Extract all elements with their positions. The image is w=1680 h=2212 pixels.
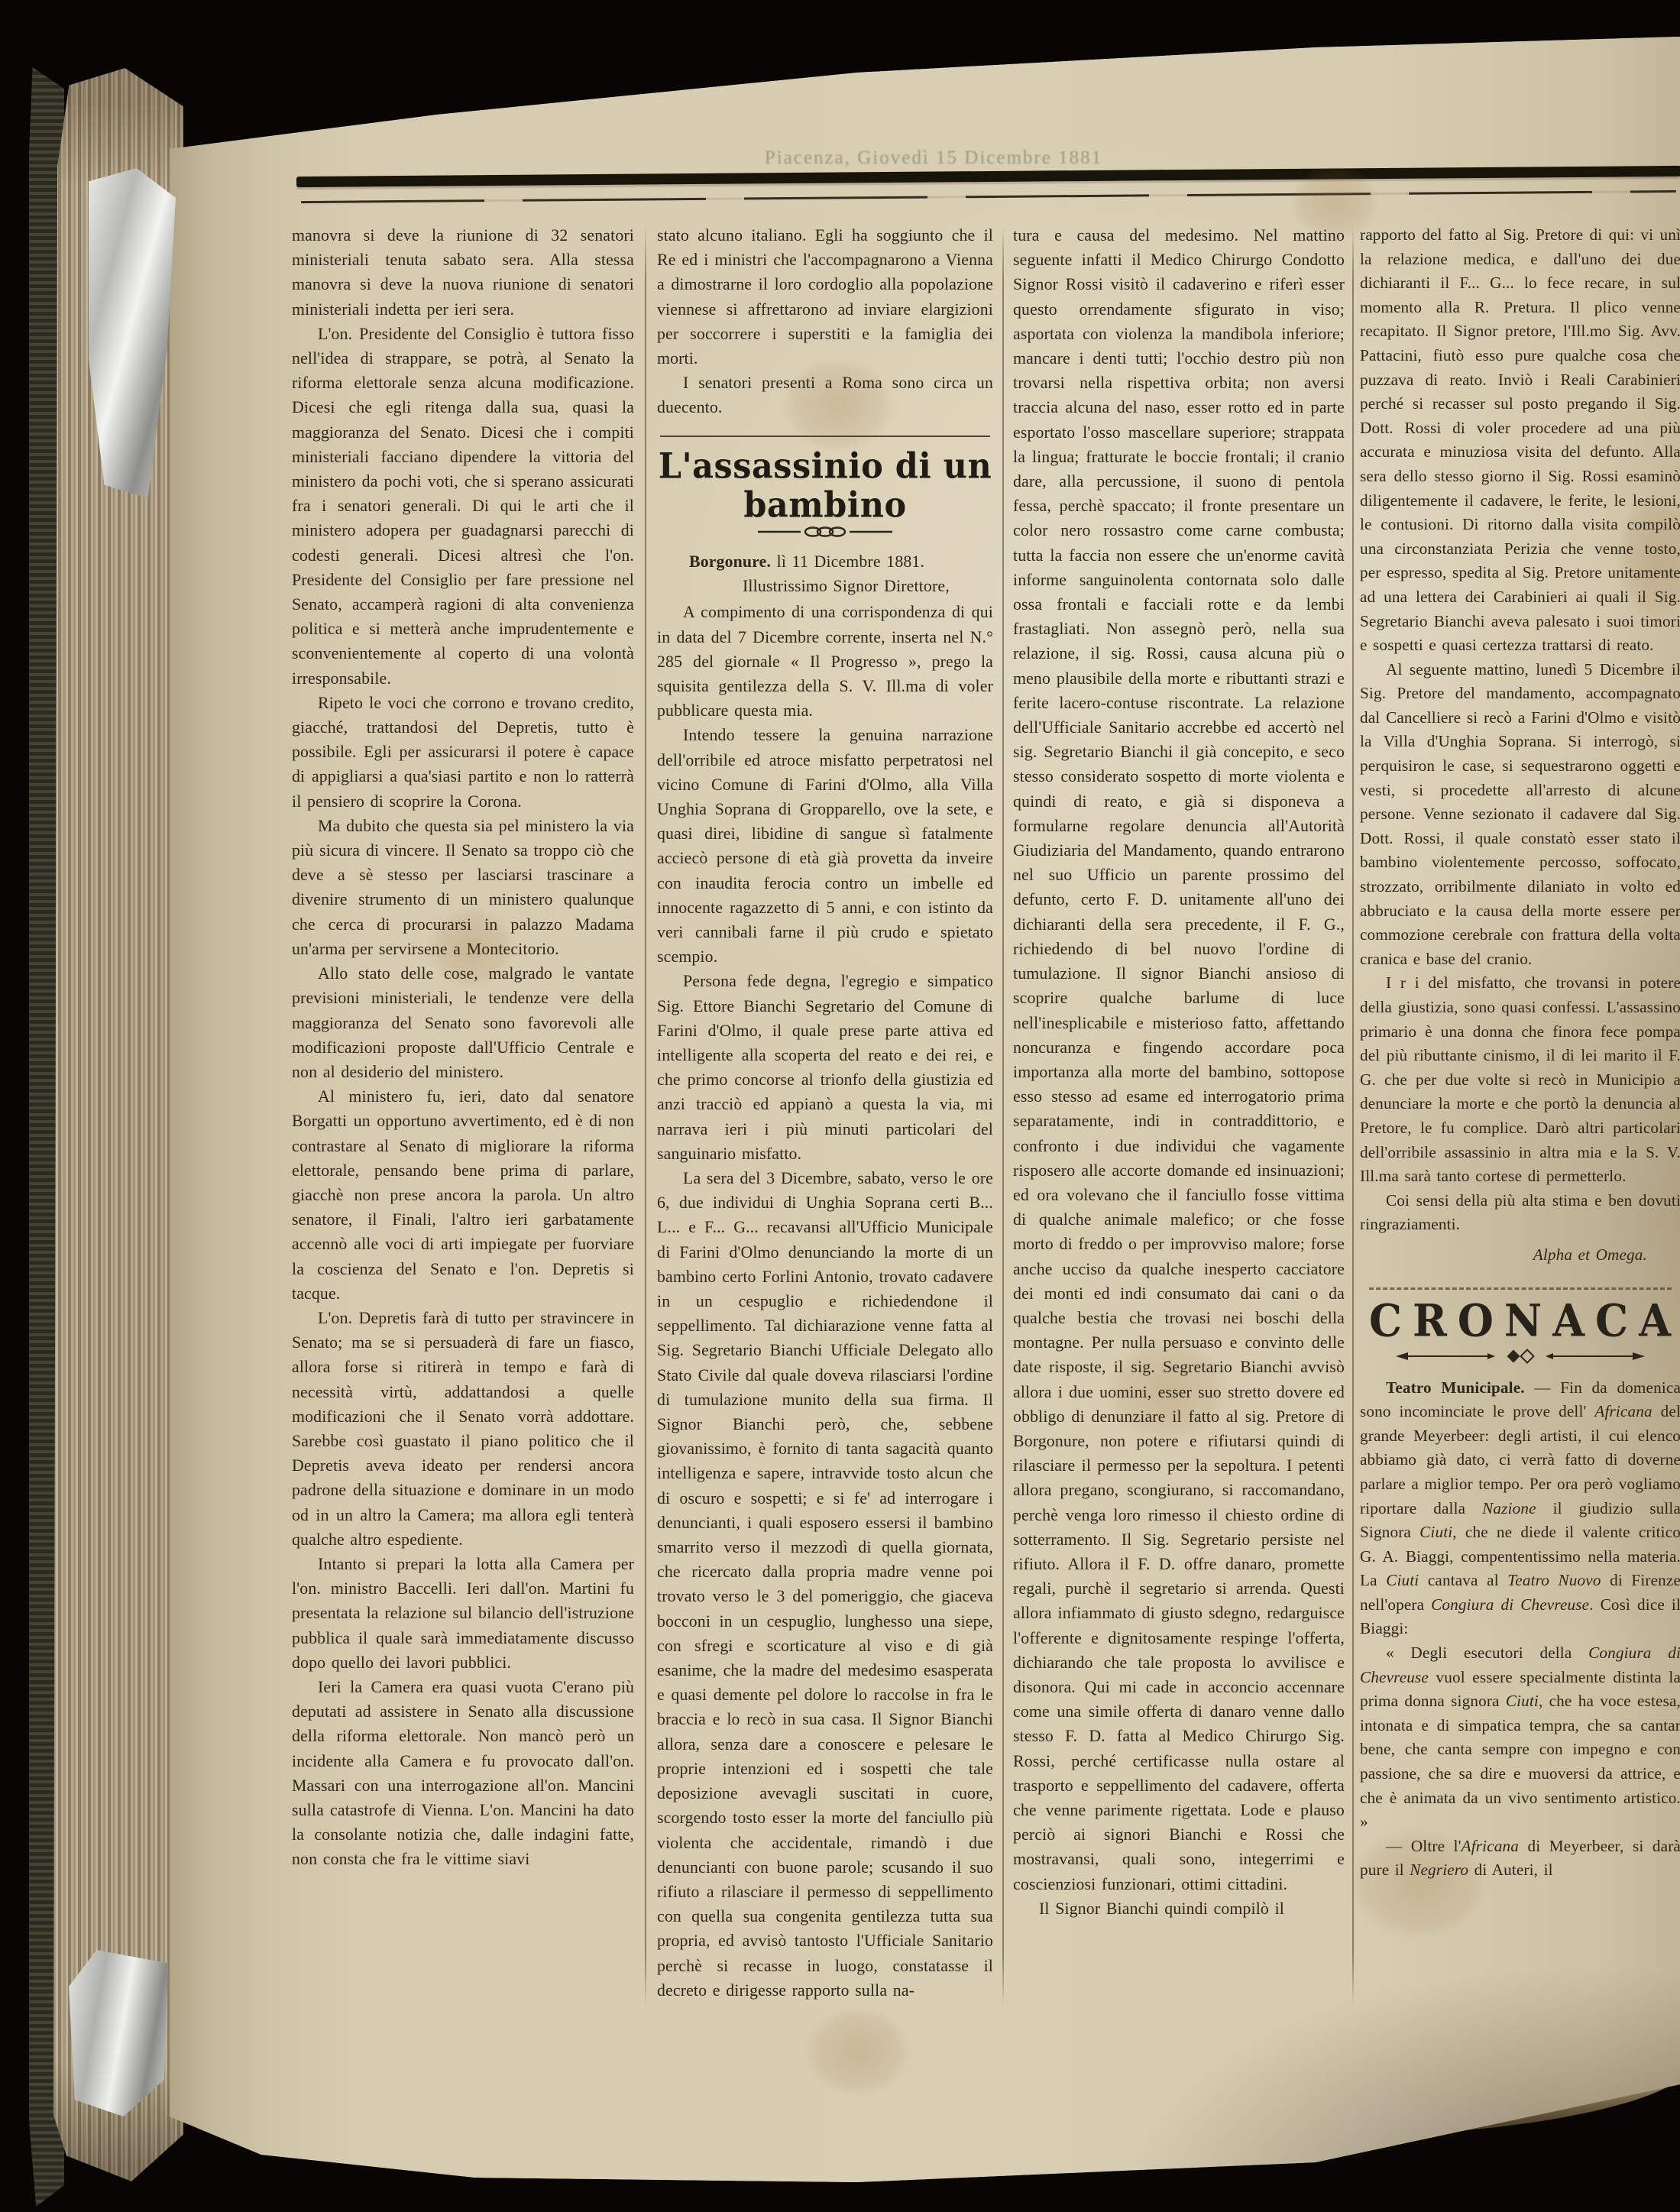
paragraph: « Degli esecutori della Congiura di Chev…: [1360, 1641, 1680, 1835]
dashed-separator-rule: [1369, 1287, 1672, 1290]
text-column-4: rapporto del fatto al Sig. Pretore di qu…: [1360, 223, 1680, 1883]
column-divider: [1352, 226, 1354, 2006]
paragraph: tura e causa del medesimo. Nel mattino s…: [1013, 223, 1345, 1896]
masthead-rule: [296, 166, 1680, 187]
signature: Alpha et Omega.: [1360, 1243, 1680, 1268]
paragraph: L'on. Presidente del Consiglio è tuttora…: [292, 322, 634, 691]
paragraph: Ieri la Camera era quasi vuota C'erano p…: [292, 1675, 634, 1872]
paragraph: Al seguente mattino, lunedì 5 Dicembre i…: [1360, 658, 1680, 972]
paragraph: stato alcuno italiano. Egli ha soggiunto…: [657, 223, 993, 371]
paragraph: A compimento di una corrispondenza di qu…: [657, 600, 993, 723]
paragraph: Al ministero fu, ieri, dato dal senatore…: [292, 1084, 634, 1306]
article-headline: L'assassinio di un bambino: [657, 447, 993, 525]
paragraph: Allo stato delle cose, malgrado le vanta…: [292, 961, 634, 1084]
text-column-3: tura e causa del medesimo. Nel mattino s…: [1013, 223, 1345, 1921]
paragraph: Ma dubito che questa sia pel ministero l…: [292, 814, 634, 961]
paragraph: I r i del misfatto, che trovansi in pote…: [1360, 971, 1680, 1188]
dateline: Borgonure. lì 11 Dicembre 1881.: [657, 549, 993, 574]
paragraph: Intendo tessere la genuina narrazione de…: [657, 723, 993, 969]
paragraph: Intanto si prepari la lotta alla Camera …: [292, 1552, 634, 1675]
column-divider: [645, 226, 646, 2006]
paragraph: L'on. Depretis farà di tutto per stravin…: [292, 1306, 634, 1552]
chain-ornament: [756, 526, 894, 538]
section-title-cronaca: CRONACA: [1360, 1294, 1680, 1346]
column-divider: [1002, 226, 1004, 2006]
book-photo: Piacenza, Giovedì 15 Dicembre 1881 manov…: [0, 0, 1680, 2212]
paragraph: Il Signor Bianchi quindi compilò il: [1013, 1896, 1345, 1921]
paragraph: manovra si deve la riunione di 32 senato…: [292, 223, 634, 322]
text-column-2: stato alcuno italiano. Egli ha soggiunto…: [657, 223, 993, 2003]
paragraph: Persona fede degna, l'egregio e simpatic…: [657, 969, 993, 1166]
stain: [788, 1994, 926, 2109]
paragraph: — Oltre l'Africana di Meyerbeer, si darà…: [1360, 1835, 1680, 1883]
newspaper-page: Piacenza, Giovedì 15 Dicembre 1881 manov…: [170, 0, 1680, 2212]
paragraph: Ripeto le voci che corrono e trovano cre…: [292, 691, 634, 814]
paragraph: Coi sensi della più alta stima e ben dov…: [1360, 1189, 1680, 1237]
article-separator-rule: [660, 436, 990, 437]
paragraph: rapporto del fatto al Sig. Pretore di qu…: [1360, 223, 1680, 658]
paragraph: I senatori presenti a Roma sono circa un…: [657, 371, 993, 419]
salutation: Illustrissimo Signor Direttore,: [657, 574, 993, 598]
arrow-flourish-ornament: [1394, 1348, 1646, 1365]
paragraph: Teatro Municipale. — Fin da domenica son…: [1360, 1376, 1680, 1642]
paragraph: La sera del 3 Dicembre, sabato, verso le…: [657, 1166, 993, 2003]
masthead-rule-thin: [301, 190, 1676, 203]
text-column-1: manovra si deve la riunione di 32 senato…: [292, 223, 634, 1872]
running-header-ghost: Piacenza, Giovedì 15 Dicembre 1881: [628, 147, 1239, 169]
